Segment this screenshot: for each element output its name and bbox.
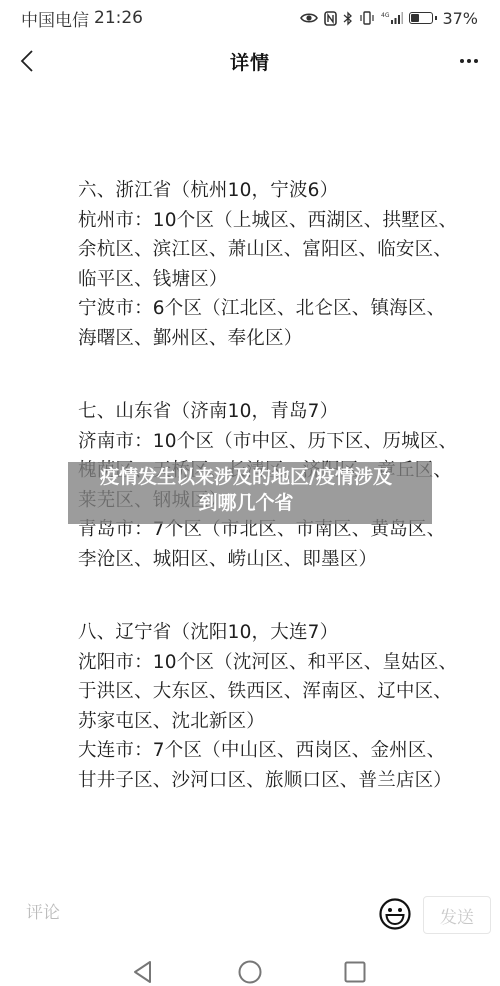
section-liaoning: 八、辽宁省（沈阳10，大连7） 沈阳市：10个区（沈河区、和平区、皇姑区、 于洪… <box>78 618 457 795</box>
section-heading: 七、山东省（济南10，青岛7） <box>78 397 457 427</box>
detail-screen: 中国电信 21:26 4G <box>0 0 500 986</box>
system-recents-button[interactable] <box>341 958 369 986</box>
system-back-button[interactable] <box>130 958 158 986</box>
comment-bar: 发送 <box>0 886 500 940</box>
nav-header: 详情 <box>0 38 500 84</box>
battery-icon <box>409 12 433 24</box>
paragraph-line: 临平区、钱塘区） <box>78 265 457 295</box>
circle-home-icon <box>236 958 264 986</box>
more-dot <box>474 59 478 63</box>
paragraph-line: 杭州市：10个区（上城区、西湖区、拱墅区、 <box>78 206 457 236</box>
more-dots-icon <box>460 59 464 63</box>
svg-text:4G: 4G <box>381 12 390 19</box>
vibrate-icon <box>359 11 375 25</box>
paragraph-line: 甘井子区、沙河口区、旅顺口区、普兰店区） <box>78 766 457 796</box>
status-left: 中国电信 21:26 <box>21 6 143 31</box>
comment-input[interactable] <box>26 898 346 928</box>
overlay-title-line-1: 疫情发生以来涉及的地区/疫情涉及 <box>76 464 416 490</box>
carrier-label: 中国电信 <box>21 6 89 31</box>
status-right: 4G 37% <box>300 9 478 28</box>
bluetooth-icon <box>343 11 353 26</box>
more-dot <box>467 59 471 63</box>
nfc-icon <box>324 11 337 26</box>
overlay-title-line-2: 到哪几个省 <box>76 490 416 516</box>
eye-icon <box>300 12 318 24</box>
more-options-button[interactable] <box>454 46 484 76</box>
paragraph-line: 大连市：7个区（中山区、西岗区、金州区、 <box>78 736 457 766</box>
triangle-back-icon <box>130 958 158 986</box>
signal-icon: 4G <box>381 11 403 25</box>
paragraph-line: 苏家屯区、沈北新区） <box>78 707 457 737</box>
system-nav-bar <box>0 950 500 986</box>
paragraph-line: 济南市：10个区（市中区、历下区、历城区、 <box>78 427 457 457</box>
paragraph-line: 沈阳市：10个区（沈河区、和平区、皇姑区、 <box>78 648 457 678</box>
clock: 21:26 <box>94 8 143 28</box>
paragraph-line: 海曙区、鄞州区、奉化区） <box>78 324 457 354</box>
chevron-left-icon <box>20 50 34 72</box>
paragraph-line: 李沧区、城阳区、崂山区、即墨区） <box>78 545 457 575</box>
section-heading: 八、辽宁省（沈阳10，大连7） <box>78 618 457 648</box>
paragraph-line: 于洪区、大东区、铁西区、浑南区、辽中区、 <box>78 677 457 707</box>
system-home-button[interactable] <box>236 958 264 986</box>
battery-percent: 37% <box>442 9 478 28</box>
paragraph-line: 宁波市：6个区（江北区、北仑区、镇海区、 <box>78 294 457 324</box>
send-button[interactable]: 发送 <box>423 896 491 934</box>
page-title: 详情 <box>230 48 270 75</box>
overlay-title: 疫情发生以来涉及的地区/疫情涉及 到哪几个省 <box>76 464 416 516</box>
emoji-button[interactable] <box>378 897 412 931</box>
section-zhejiang: 六、浙江省（杭州10，宁波6） 杭州市：10个区（上城区、西湖区、拱墅区、 余杭… <box>78 176 457 353</box>
square-recents-icon <box>341 958 369 986</box>
smiley-icon <box>378 897 412 931</box>
status-bar: 中国电信 21:26 4G <box>0 0 500 36</box>
section-heading: 六、浙江省（杭州10，宁波6） <box>78 176 457 206</box>
paragraph-line: 余杭区、滨江区、萧山区、富阳区、临安区、 <box>78 235 457 265</box>
back-button[interactable] <box>12 46 42 76</box>
